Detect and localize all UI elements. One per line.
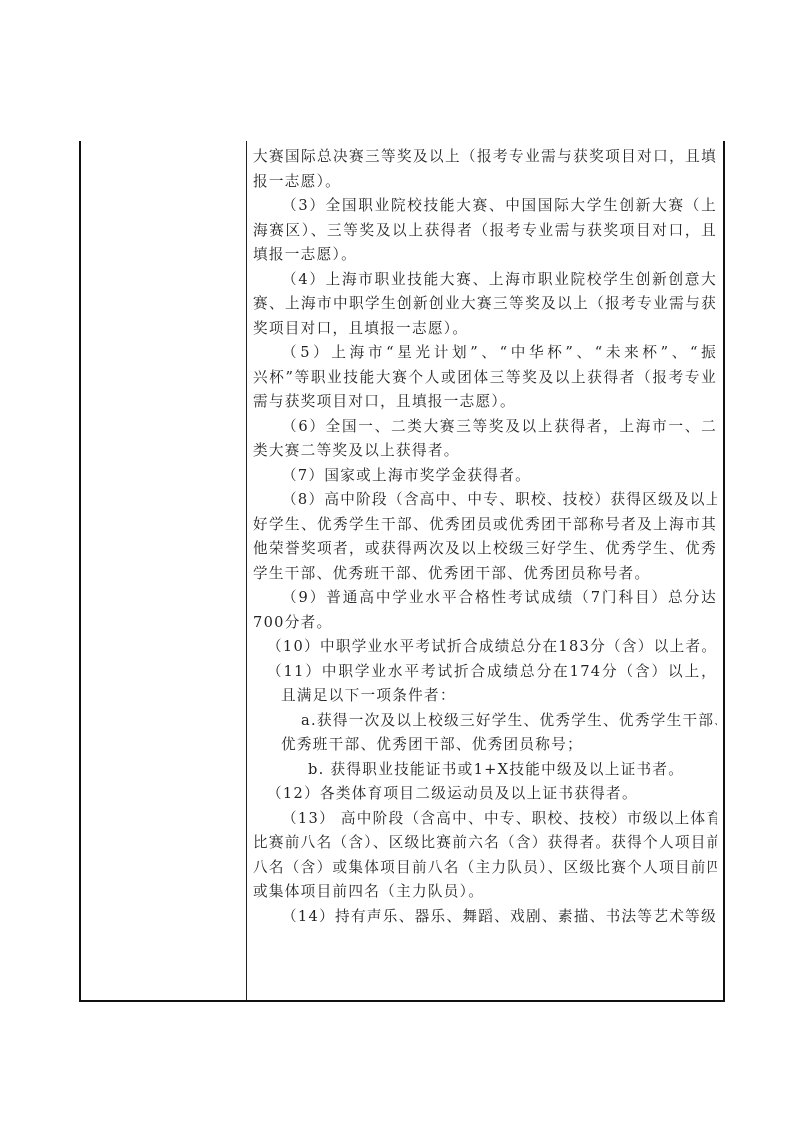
text-line: 700分者。 — [253, 611, 717, 636]
text-line: 需与获奖项目对口，且填报一志愿）。 — [253, 390, 717, 415]
text-line: （10）中职学业水平考试折合成绩总分在183分（含）以上者。 — [253, 635, 717, 660]
text-line: 填报一志愿）。 — [253, 243, 717, 268]
text-line: 八名（含）或集体项目前八名（主力队员）、区级比赛个人项目前四名（含） — [253, 856, 717, 881]
text-line: 兴杯”等职业技能大赛个人或团体三等奖及以上获得者（报考专业 — [253, 366, 717, 391]
text-line: 奖项目对口，且填报一志愿）。 — [253, 317, 717, 342]
text-line: 赛、上海市中职学生创新创业大赛三等奖及以上（报考专业需与获 — [253, 292, 717, 317]
text-line: （8）高中阶段（含高中、中专、职校、技校）获得区级及以上三 — [253, 488, 717, 513]
text-line: （5）上海市“星光计划”、“中华杯”、“未来杯”、“振 — [253, 341, 717, 366]
text-line: （3）全国职业院校技能大赛、中国国际大学生创新大赛（上 — [253, 194, 717, 219]
text-line: （9）普通高中学业水平合格性考试成绩（7门科目）总分达 — [253, 586, 717, 611]
text-line: 比赛前八名（含）、区级比赛前六名（含）获得者。获得个人项目前 — [253, 831, 717, 856]
text-line: 报一志愿）。 — [253, 170, 717, 195]
text-line: 学生干部、优秀班干部、优秀团干部、优秀团员称号者。 — [253, 562, 717, 587]
text-line: （12）各类体育项目二级运动员及以上证书获得者。 — [253, 782, 717, 807]
text-line: 或集体项目前四名（主力队员）。 — [253, 880, 717, 905]
text-line: 类大赛二等奖及以上获得者。 — [253, 439, 717, 464]
criteria-table: 大赛国际总决赛三等奖及以上（报考专业需与获奖项目对口，且填报一志愿）。（3）全国… — [79, 141, 725, 1002]
text-line: （6）全国一、二类大赛三等奖及以上获得者，上海市一、二 — [253, 415, 717, 440]
text-line: （7）国家或上海市奖学金获得者。 — [253, 464, 717, 489]
text-line: （11）中职学业水平考试折合成绩总分在174分（含）以上， — [253, 660, 717, 685]
text-line: （4）上海市职业技能大赛、上海市职业院校学生创新创意大 — [253, 268, 717, 293]
table-left-cell — [81, 141, 247, 1000]
table-right-cell: 大赛国际总决赛三等奖及以上（报考专业需与获奖项目对口，且填报一志愿）。（3）全国… — [247, 141, 723, 1000]
text-line: 海赛区）、三等奖及以上获得者（报考专业需与获奖项目对口，且 — [253, 219, 717, 244]
text-line: 优秀班干部、优秀团干部、优秀团员称号； — [253, 733, 717, 758]
text-line: 大赛国际总决赛三等奖及以上（报考专业需与获奖项目对口，且填 — [253, 145, 717, 170]
text-line: （14）持有声乐、器乐、舞蹈、戏剧、素描、书法等艺术等级 — [253, 905, 717, 930]
text-line: a.获得一次及以上校级三好学生、优秀学生、优秀学生干部、 — [253, 709, 717, 734]
text-line: 他荣誉奖项者，或获得两次及以上校级三好学生、优秀学生、优秀 — [253, 537, 717, 562]
text-line: 好学生、优秀学生干部、优秀团员或优秀团干部称号者及上海市其 — [253, 513, 717, 538]
text-line: b. 获得职业技能证书或1+X技能中级及以上证书者。 — [253, 758, 717, 783]
text-line: 且满足以下一项条件者： — [253, 684, 717, 709]
text-line: （13） 高中阶段（含高中、中专、职校、技校）市级以上体育类 — [253, 807, 717, 832]
